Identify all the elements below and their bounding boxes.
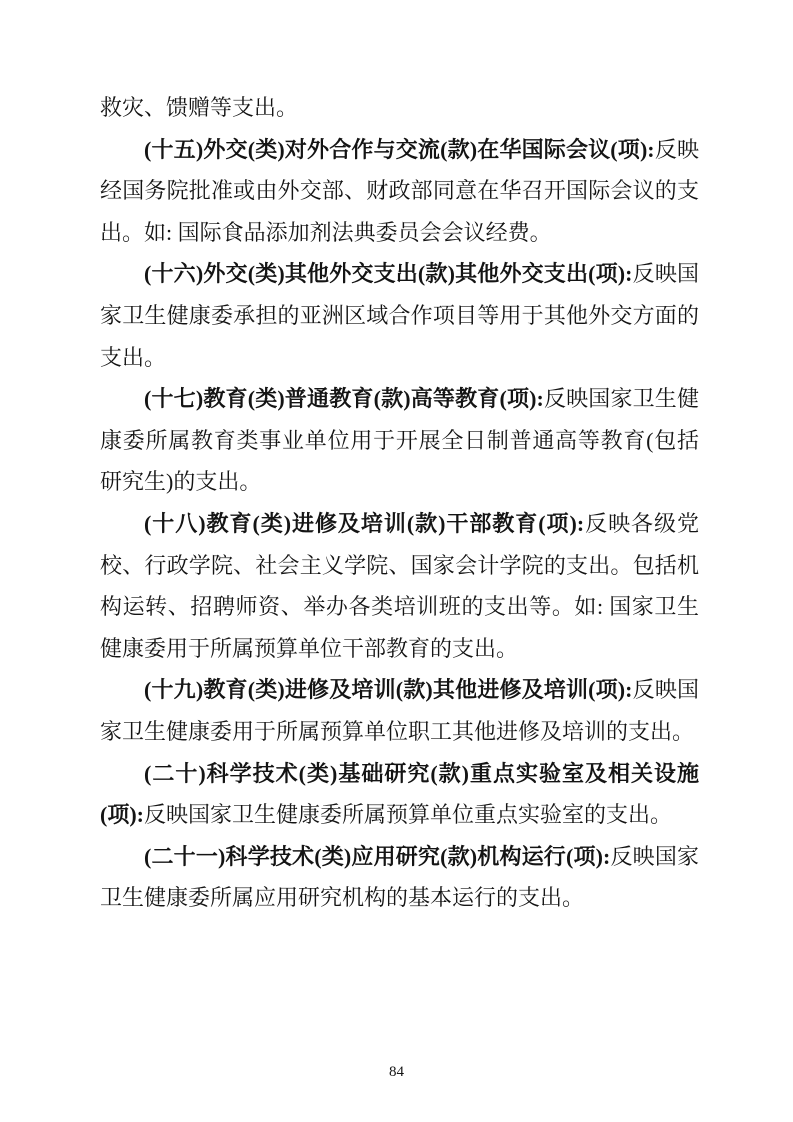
paragraph-body-segment: 救灾、馈赠等支出。 — [100, 95, 298, 120]
paragraph-heading-segment: (十五)外交(类)对外合作与交流(款)在华国际会议(项): — [144, 137, 655, 162]
paragraph: (十五)外交(类)对外合作与交流(款)在华国际会议(项):反映经国务院批准或由外… — [100, 129, 699, 254]
paragraph-heading-segment: (十八)教育(类)进修及培训(款)干部教育(项): — [144, 511, 584, 536]
paragraph: 救灾、馈赠等支出。 — [100, 87, 699, 129]
page-number: 84 — [389, 1064, 404, 1080]
paragraph: (十六)外交(类)其他外交支出(款)其他外交支出(项):反映国家卫生健康委承担的… — [100, 253, 699, 378]
paragraph: (二十)科学技术(类)基础研究(款)重点实验室及相关设施(项):反映国家卫生健康… — [100, 753, 699, 836]
paragraph: (二十一)科学技术(类)应用研究(款)机构运行(项):反映国家卫生健康委所属应用… — [100, 836, 699, 919]
document-page: 救灾、馈赠等支出。(十五)外交(类)对外合作与交流(款)在华国际会议(项):反映… — [0, 0, 793, 1122]
paragraph-body-segment: 反映国家卫生健康委所属预算单位重点实验室的支出。 — [144, 802, 672, 827]
page-content: 救灾、馈赠等支出。(十五)外交(类)对外合作与交流(款)在华国际会议(项):反映… — [100, 87, 699, 919]
page-footer: 84 — [0, 1064, 793, 1081]
paragraph-heading-segment: (二十一)科学技术(类)应用研究(款)机构运行(项): — [144, 844, 610, 869]
paragraph: (十七)教育(类)普通教育(款)高等教育(项):反映国家卫生健康委所属教育类事业… — [100, 378, 699, 503]
paragraph-heading-segment: (十九)教育(类)进修及培训(款)其他进修及培训(项): — [144, 677, 632, 702]
paragraph-heading-segment: (十七)教育(类)普通教育(款)高等教育(项): — [144, 386, 544, 411]
paragraph: (十八)教育(类)进修及培训(款)干部教育(项):反映各级党校、行政学院、社会主… — [100, 503, 699, 669]
paragraph: (十九)教育(类)进修及培训(款)其他进修及培训(项):反映国家卫生健康委用于所… — [100, 669, 699, 752]
paragraph-heading-segment: (十六)外交(类)其他外交支出(款)其他外交支出(项): — [144, 261, 632, 286]
